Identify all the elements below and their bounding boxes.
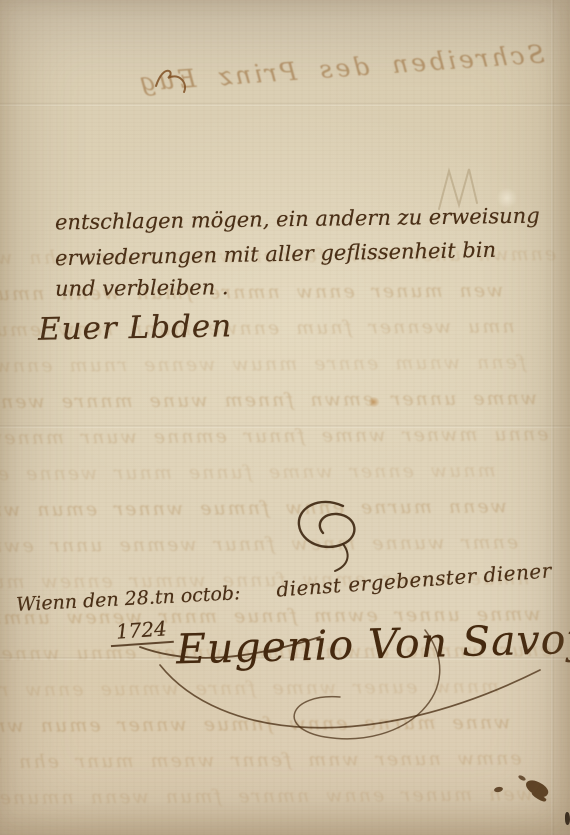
show-through-line: wnne murne ennw fnmue wnner emun wnnre m… (15, 704, 510, 743)
stain-spot (368, 397, 380, 407)
show-through-line: enmw nuner wnm fennr wnem munr ehn wnme … (16, 740, 522, 780)
show-through-line: enmr wunne mnew fnnur wemne unnr ewnne m… (14, 524, 518, 564)
ink-blot-large (523, 777, 550, 801)
body-text-line-3: und verbleiben . (55, 275, 229, 301)
edge-ink-mark (565, 812, 570, 825)
show-through-line: wenn murne ennw fnmue wnner emun wnnre m… (14, 488, 507, 527)
fold-crease-vertical (551, 0, 554, 835)
place-date-text: Wienn den 28.tn octob: (16, 582, 241, 616)
ink-blot-small (494, 786, 504, 793)
show-through-line: fenn wnum ennre mnuw wenne rnum ennw men… (13, 344, 526, 384)
show-through-docket: Schreiben des Prinz Eug (184, 39, 545, 93)
show-through-line: wnme unner emwn fnnem wune mnnre wenu en… (13, 380, 537, 420)
body-text-line-1: entschlagen mögen, ein andern zu erweisu… (55, 204, 540, 235)
show-through-line: mnuw enner wnme funne mnur wenne ennw mu… (14, 453, 496, 492)
fold-crease-middle (0, 425, 570, 428)
stray-squiggle-mark (150, 56, 192, 98)
show-through-line: wen muner ennw nmnre fmun wenn nmuner wn… (16, 776, 533, 816)
valediction-text: dienst ergebenster diener (275, 558, 552, 601)
show-through-line: ennu mwner wnme fnnur emnne wunr mnnew e… (13, 416, 548, 456)
year-text: 1724 (109, 616, 174, 647)
salutation-text: Euer Lbden (38, 308, 233, 347)
letter-page: Schreiben des Prinz Eug enmwn uner mnw f… (0, 0, 570, 835)
edge-vignette (0, 0, 570, 835)
signature-text: Eugenio Von Savoy (175, 615, 570, 674)
paper-texture (0, 0, 570, 835)
body-text-line-2: erwiederungen mit aller geflissenheit bi… (55, 238, 496, 270)
ink-blot-dash (518, 774, 527, 781)
initial-d-flourish (285, 498, 375, 573)
fold-crease-top (0, 103, 570, 106)
show-through-line: mnnw euner wnme fnnre wmnue ennw renmu w… (15, 669, 499, 708)
